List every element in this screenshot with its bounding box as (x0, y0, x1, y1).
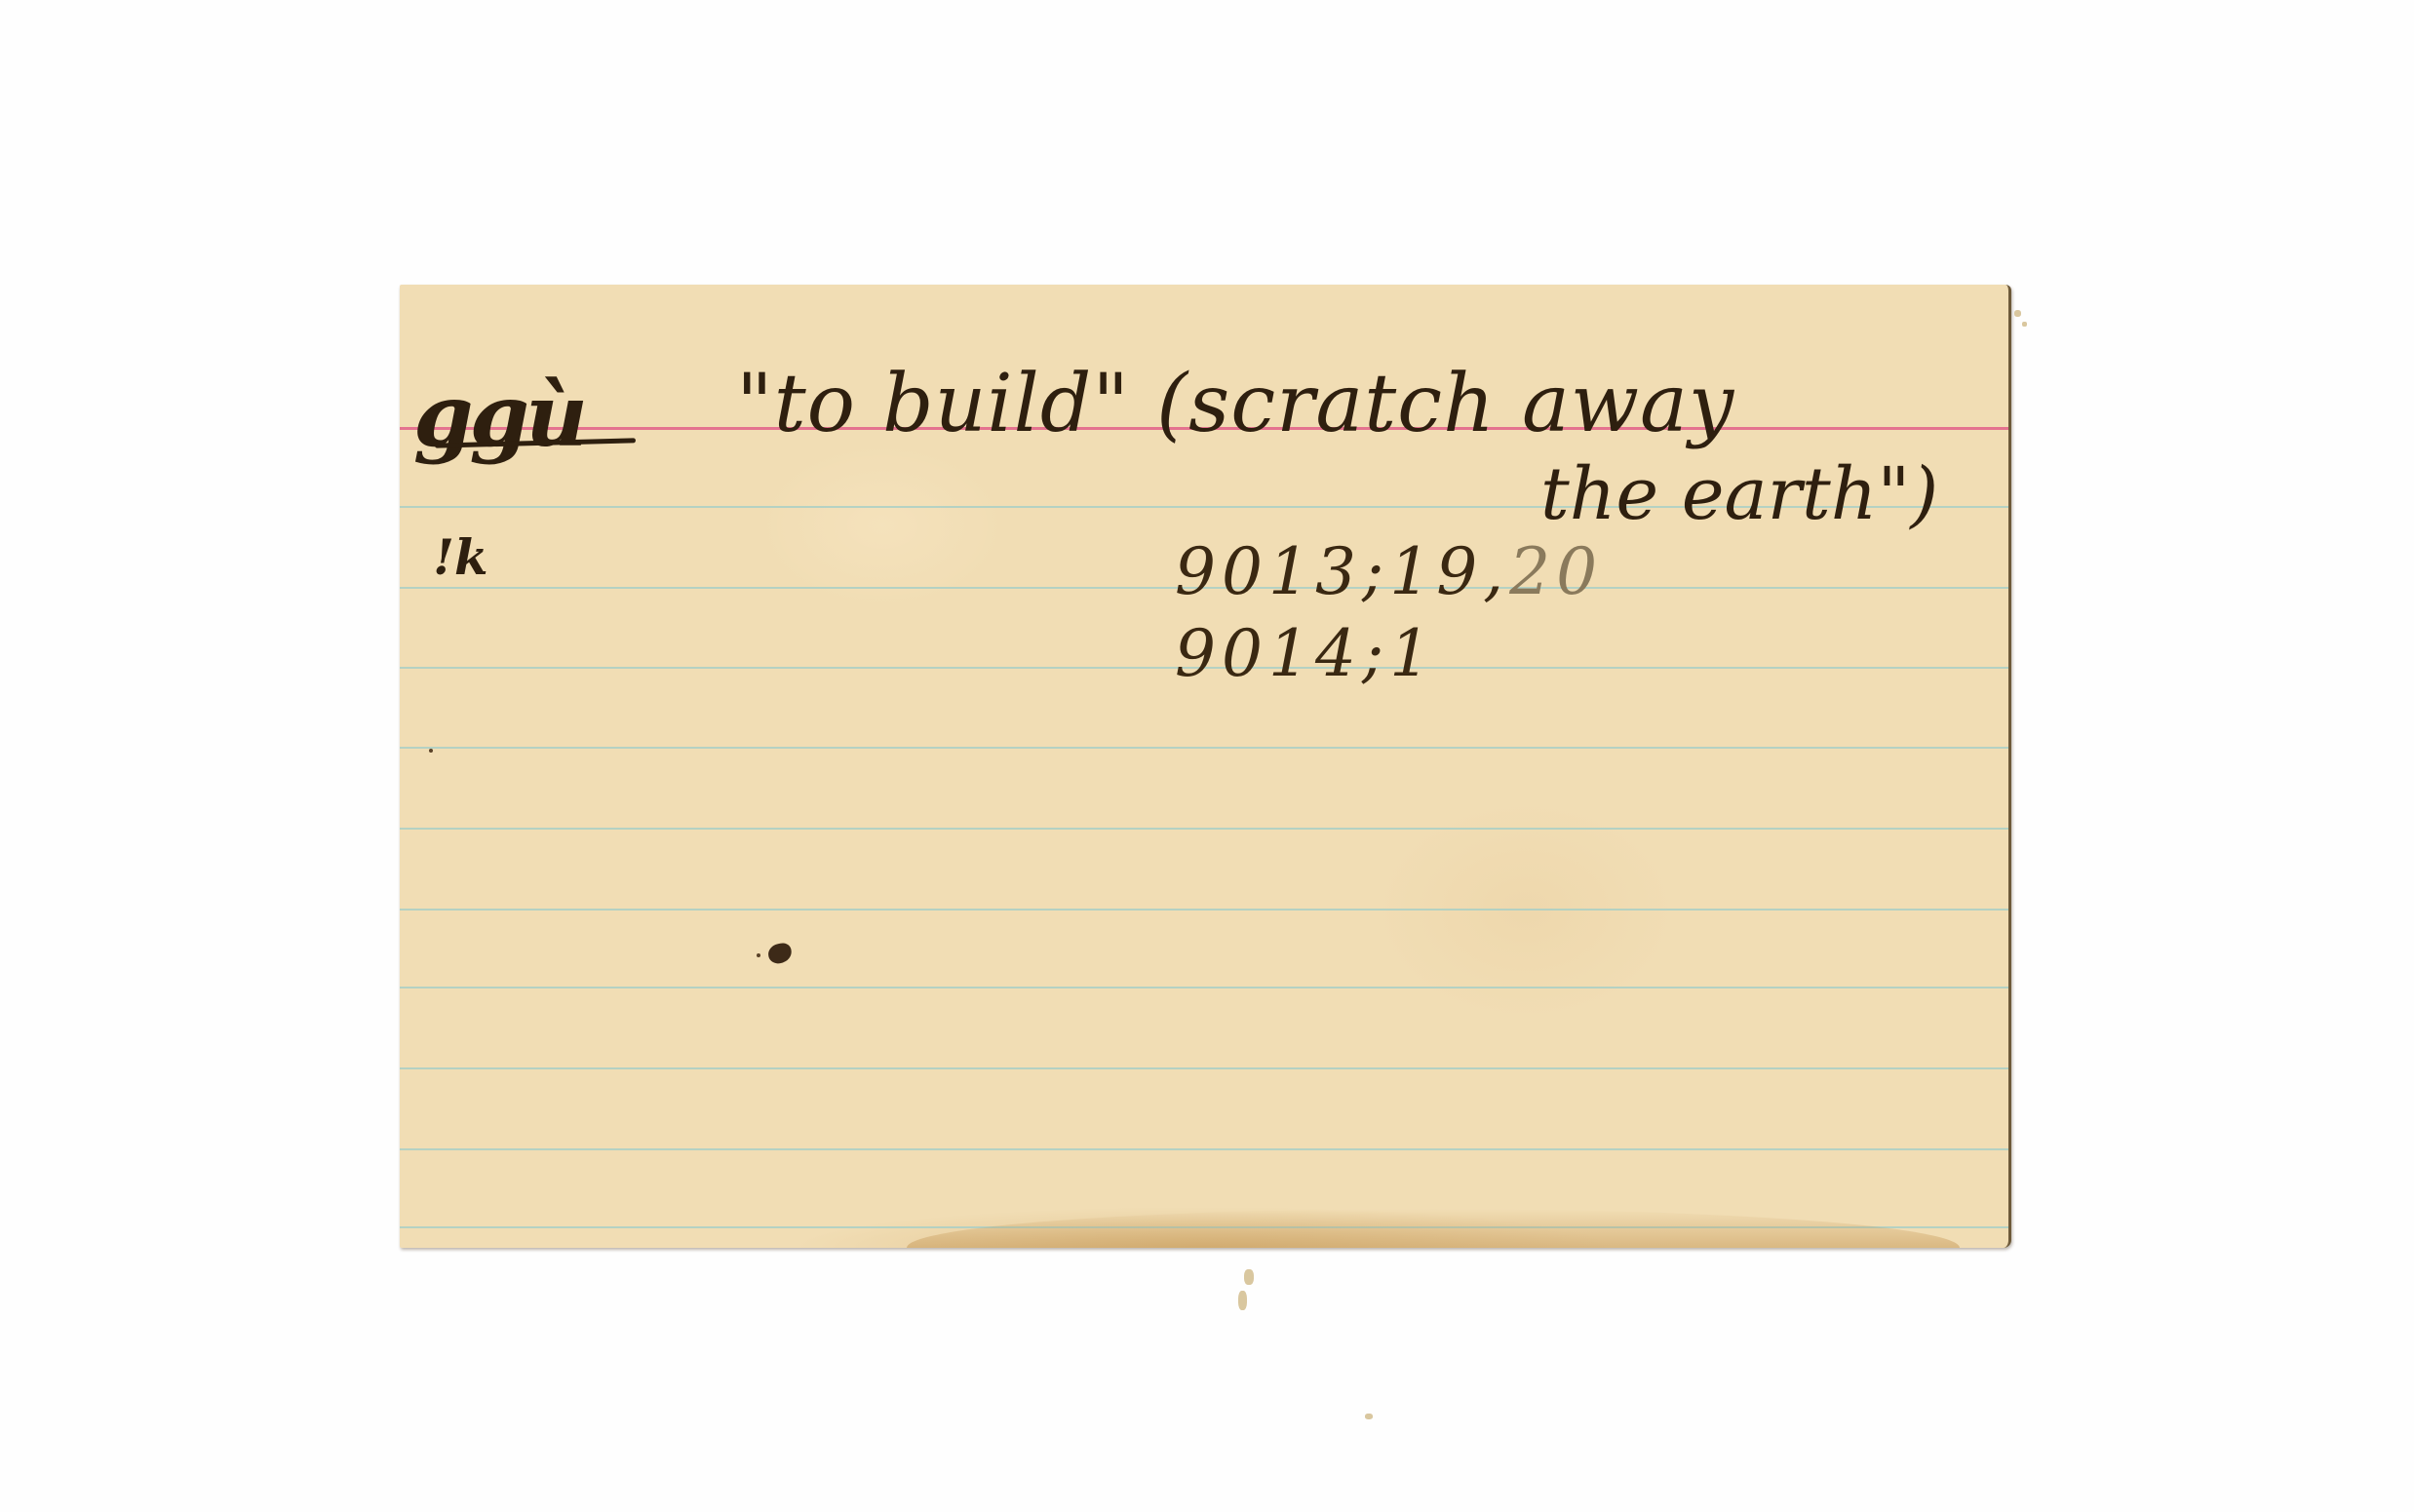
paper-debris (1244, 1269, 1254, 1285)
blue-rule (400, 828, 2008, 830)
ink-spot (766, 942, 794, 966)
gloss-line-1: "to build" (scratch away (736, 365, 1734, 445)
blue-rule (400, 1067, 2008, 1069)
reference-main: 9013;19, (1175, 534, 1509, 609)
paper-debris (1238, 1291, 1247, 1310)
paper-debris (2022, 322, 2027, 327)
gloss-line-2: the earth") (1540, 458, 1938, 530)
paper-debris (2014, 310, 2021, 317)
reference-main: 9014;1 (1175, 616, 1436, 691)
click-marker: !k (433, 533, 488, 582)
reference-line-1: 9013;19,20 (1175, 540, 1603, 604)
blue-rule (400, 747, 2008, 749)
scan-background: ggù "to build" (scratch away the earth")… (0, 0, 2414, 1512)
reference-line-2: 9014;1 (1175, 622, 1436, 686)
ink-speck (429, 749, 433, 753)
reference-faded: 20 (1509, 534, 1603, 609)
water-stain (907, 1209, 1960, 1248)
blue-rule (400, 1148, 2008, 1150)
blue-rule (400, 987, 2008, 989)
ink-speck (757, 953, 760, 957)
paper-debris (1365, 1414, 1373, 1419)
blue-rule (400, 909, 2008, 911)
index-card: ggù "to build" (scratch away the earth")… (400, 285, 2011, 1248)
